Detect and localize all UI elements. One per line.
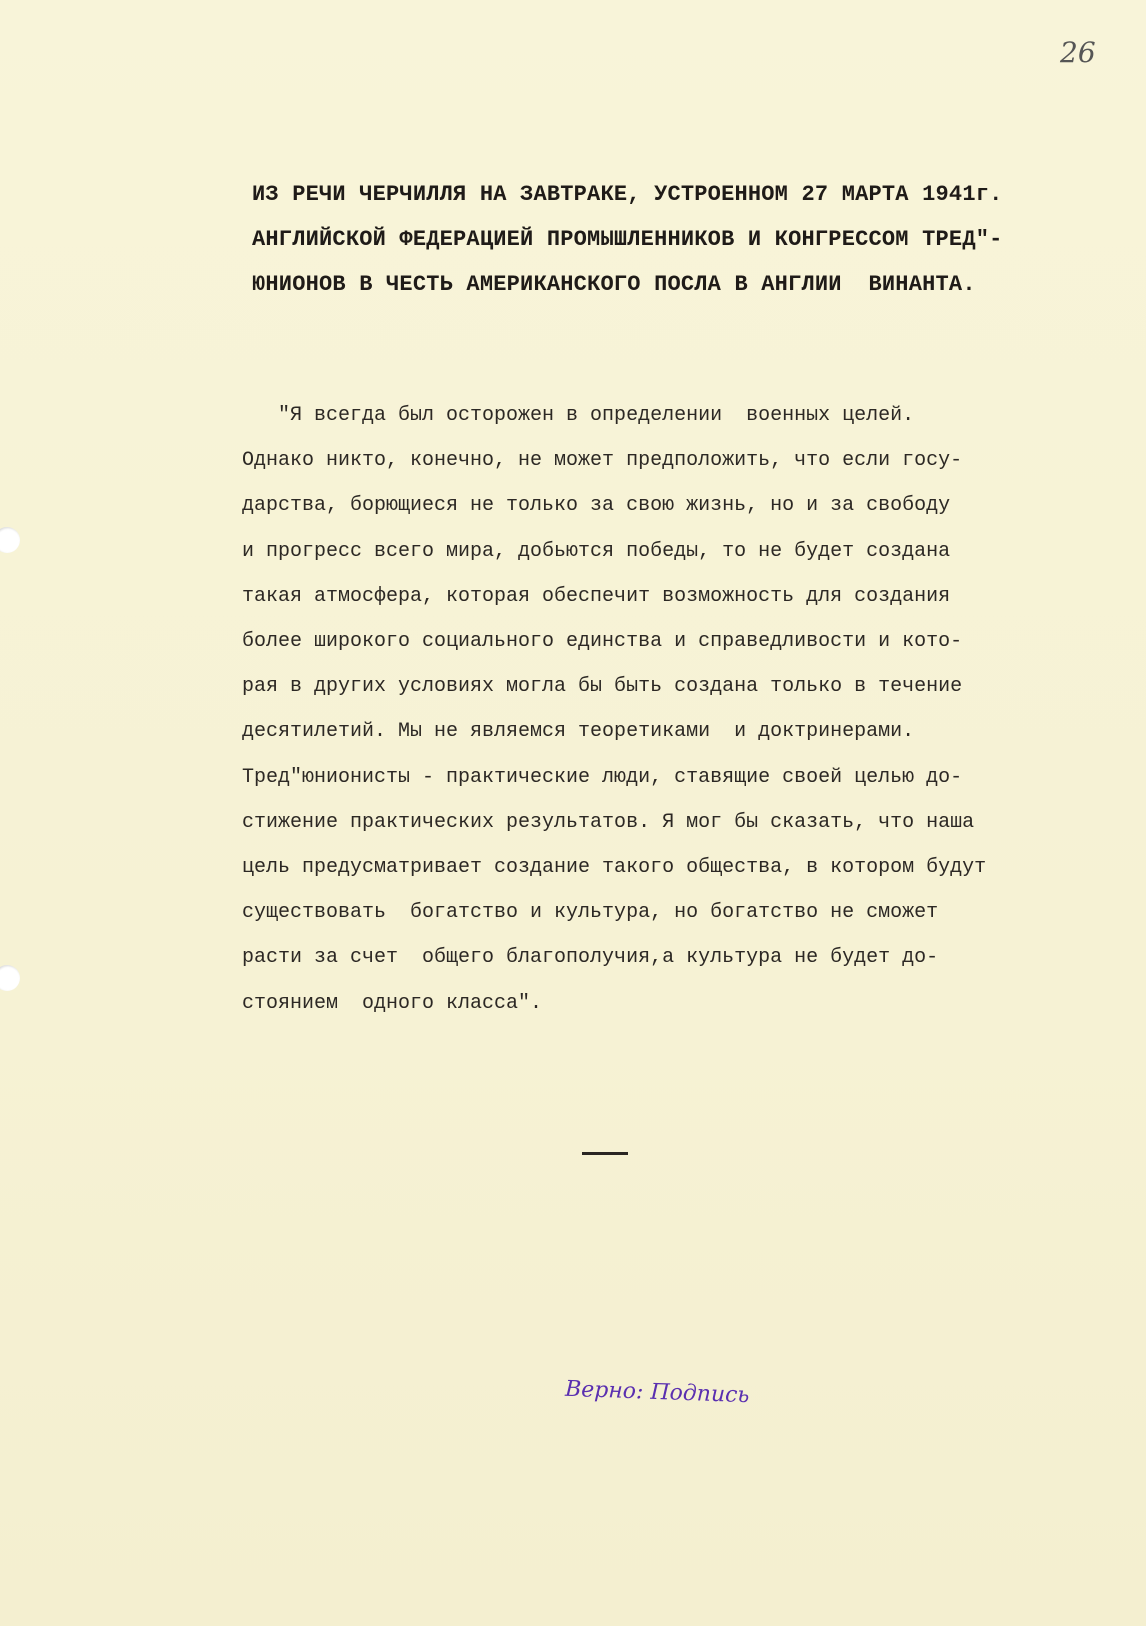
document-page: 26 ИЗ РЕЧИ ЧЕРЧИЛЛЯ НА ЗАВТРАКЕ, УСТРОЕН…	[0, 0, 1146, 1626]
title-line: АНГЛИЙСКОЙ ФЕДЕРАЦИЕЙ ПРОМЫШЛЕННИКОВ И К…	[252, 217, 1072, 262]
title-line: ЮНИОНОВ В ЧЕСТЬ АМЕРИКАНСКОГО ПОСЛА В АН…	[252, 262, 1072, 307]
handwritten-signature: Верно: Подпись	[565, 1377, 750, 1408]
separator-line	[582, 1152, 628, 1155]
text-line: Однако никто, конечно, не может предполо…	[242, 438, 1122, 483]
speech-quote: "Я всегда был осторожен в определении во…	[242, 393, 1122, 1026]
text-line: и прогресс всего мира, добьются победы, …	[242, 529, 1122, 574]
text-line: цель предусматривает создание такого общ…	[242, 845, 1122, 890]
text-line: рая в других условиях могла бы быть созд…	[242, 664, 1122, 709]
text-line: более широкого социального единства и сп…	[242, 619, 1122, 664]
text-line: стоянием одного класса".	[242, 981, 1122, 1026]
title-line: ИЗ РЕЧИ ЧЕРЧИЛЛЯ НА ЗАВТРАКЕ, УСТРОЕННОМ…	[252, 172, 1072, 217]
text-line: такая атмосфера, которая обеспечит возмо…	[242, 574, 1122, 619]
text-line: расти за счет общего благополучия,а куль…	[242, 935, 1122, 980]
text-line: существовать богатство и культура, но бо…	[242, 890, 1122, 935]
text-line: дарства, борющиеся не только за свою жиз…	[242, 483, 1122, 528]
punch-hole	[0, 527, 20, 553]
page-number: 26	[1060, 36, 1096, 69]
text-line: десятилетий. Мы не являемся теоретиками …	[242, 709, 1122, 754]
text-line: "Я всегда был осторожен в определении во…	[242, 393, 1122, 438]
document-title: ИЗ РЕЧИ ЧЕРЧИЛЛЯ НА ЗАВТРАКЕ, УСТРОЕННОМ…	[252, 172, 1072, 307]
text-line: стижение практических результатов. Я мог…	[242, 800, 1122, 845]
text-line: Тред"юнионисты - практические люди, став…	[242, 755, 1122, 800]
punch-hole	[0, 965, 20, 991]
